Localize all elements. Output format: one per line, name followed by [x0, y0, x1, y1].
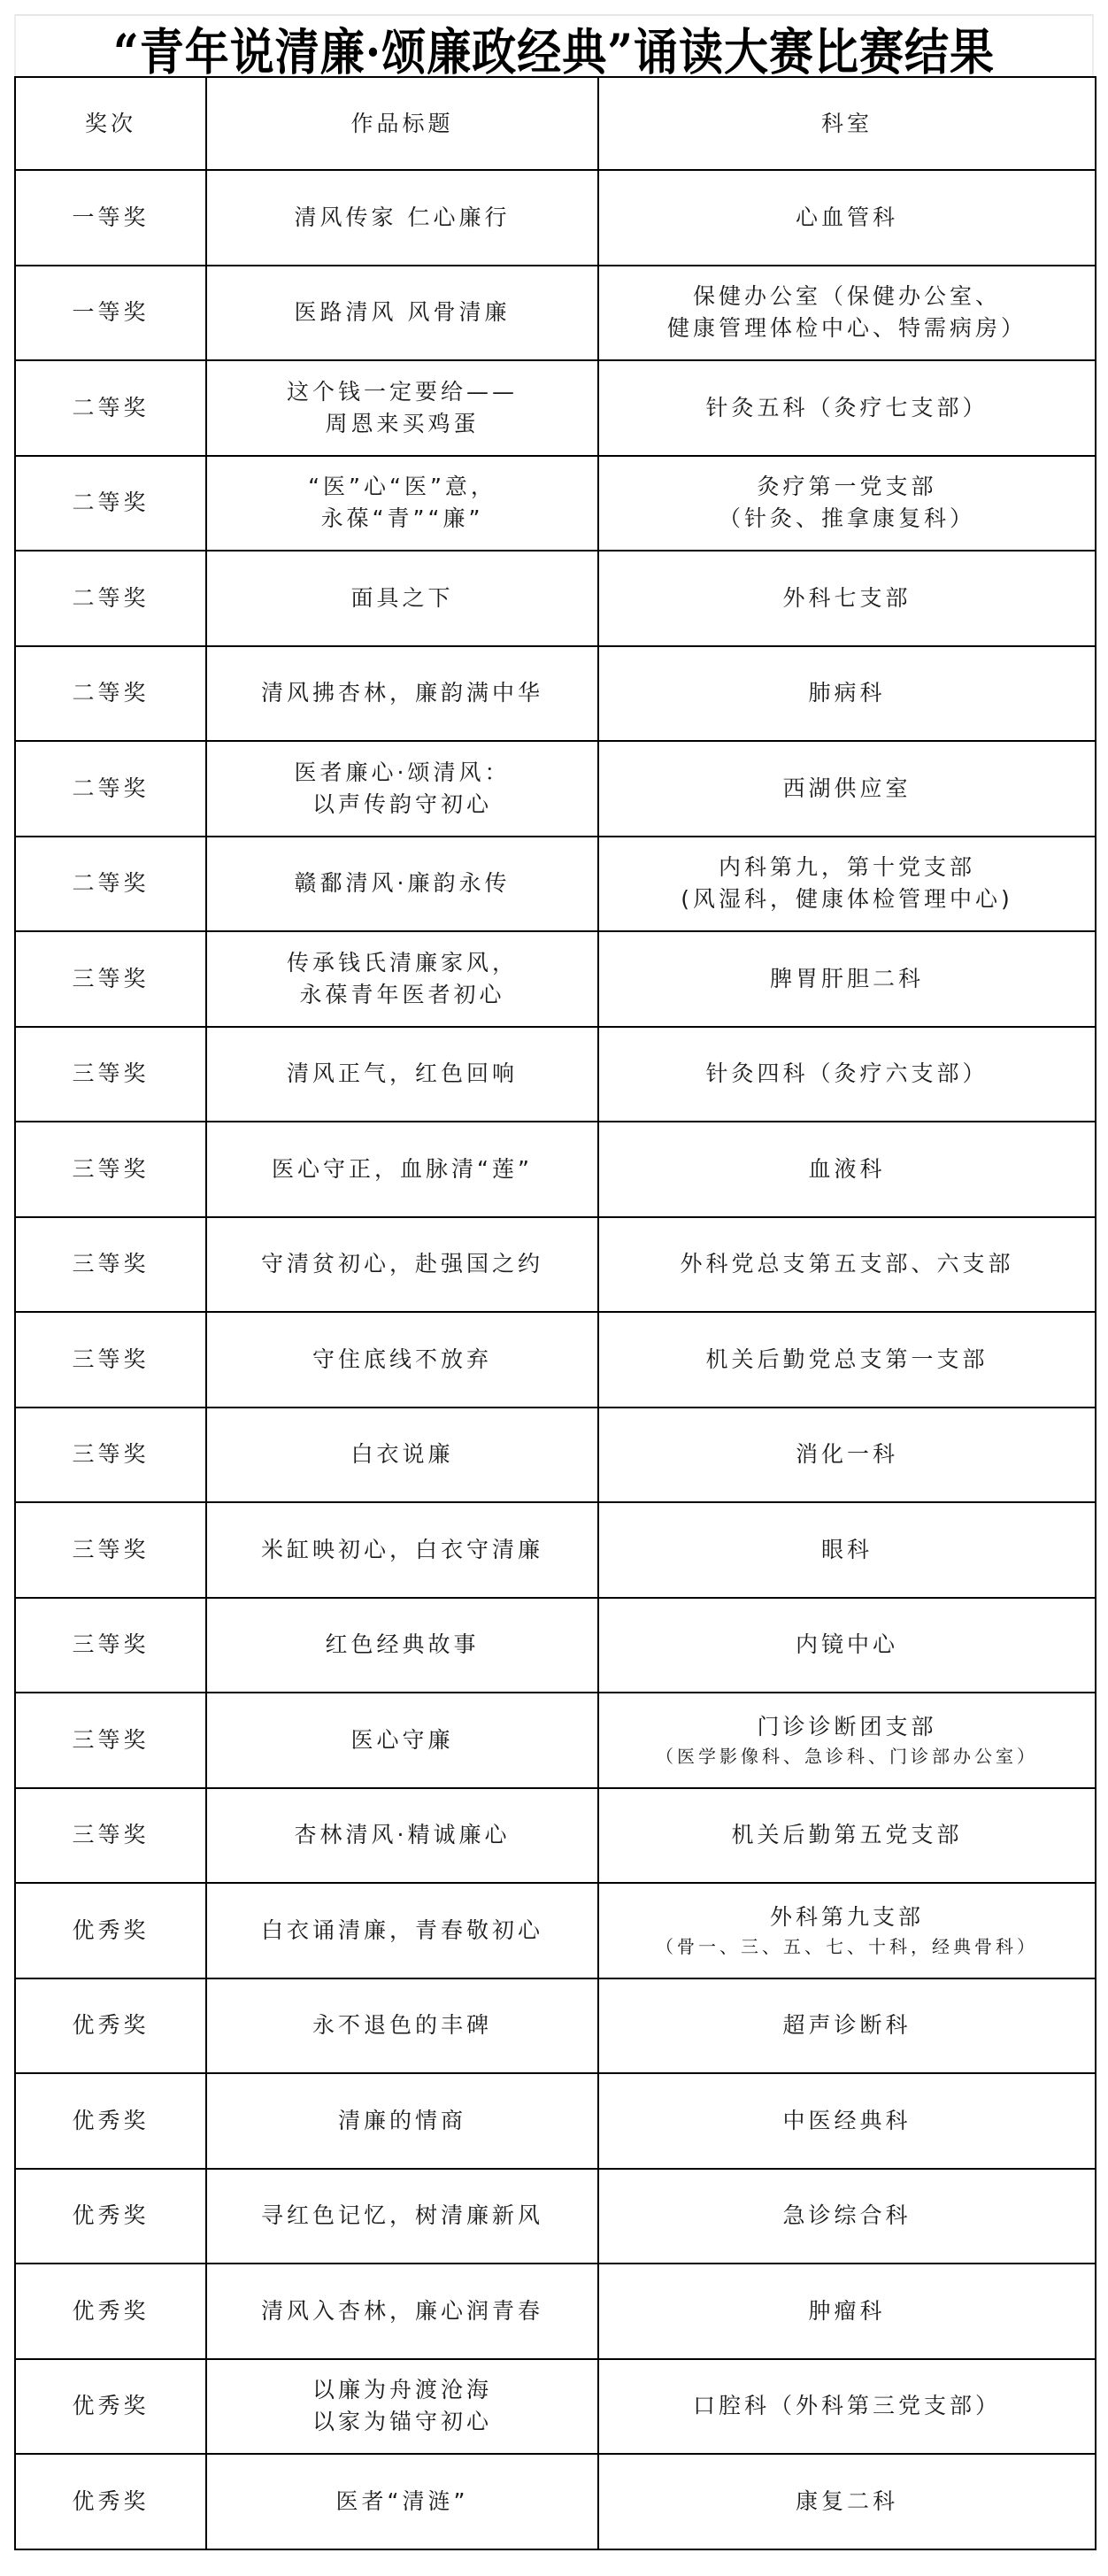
award-cell: 三等奖 [15, 1217, 206, 1313]
work-title-line: 以声传韵守初心 [207, 789, 597, 821]
department-cell: 外科七支部 [598, 551, 1096, 646]
work-title-line: 永不退色的丰碑 [207, 2009, 597, 2041]
work-title-line: 医者“清涟” [207, 2486, 597, 2518]
department-line: 内镜中心 [599, 1629, 1095, 1661]
award-cell: 二等奖 [15, 646, 206, 742]
work-title-cell: 清风传家 仁心廉行 [206, 170, 598, 266]
award-cell: 三等奖 [15, 1693, 206, 1788]
work-title-line: 白衣诵清廉，青春敬初心 [207, 1915, 597, 1947]
department-line: 外科党总支第五支部、六支部 [599, 1248, 1095, 1280]
table-row: 三等奖杏林清风·精诚廉心机关后勤第五党支部 [15, 1788, 1096, 1884]
table-row: 优秀奖以廉为舟渡沧海以家为锚守初心口腔科（外科第三党支部） [15, 2359, 1096, 2455]
department-line: 门诊诊断团支部 [599, 1711, 1095, 1743]
department-cell: 血液科 [598, 1122, 1096, 1217]
department-cell: 肿瘤科 [598, 2264, 1096, 2359]
work-title-line: 周恩来买鸡蛋 [207, 408, 597, 440]
department-cell: 灸疗第一党支部（针灸、推拿康复科） [598, 456, 1096, 551]
award-cell: 二等奖 [15, 837, 206, 932]
table-row: 三等奖守清贫初心，赴强国之约外科党总支第五支部、六支部 [15, 1217, 1096, 1313]
table-row: 优秀奖白衣诵清廉，青春敬初心外科第九支部（骨一、三、五、七、十科，经典骨科） [15, 1883, 1096, 1978]
table-row: 二等奖清风拂杏林，廉韵满中华肺病科 [15, 646, 1096, 742]
work-title-cell: 医者廉心·颂清风：以声传韵守初心 [206, 741, 598, 837]
header-title: 作品标题 [206, 77, 598, 170]
department-cell: 急诊综合科 [598, 2169, 1096, 2264]
department-subline: （医学影像科、急诊科、门诊部办公室） [599, 1743, 1095, 1770]
award-cell: 二等奖 [15, 456, 206, 551]
department-cell: 保健办公室（保健办公室、健康管理体检中心、特需病房） [598, 266, 1096, 361]
department-line: 血液科 [599, 1153, 1095, 1185]
department-cell: 西湖供应室 [598, 741, 1096, 837]
work-title-cell: 白衣说廉 [206, 1408, 598, 1503]
work-title-cell: 杏林清风·精诚廉心 [206, 1788, 598, 1884]
award-cell: 三等奖 [15, 1312, 206, 1408]
work-title-line: 以家为锚守初心 [207, 2406, 597, 2438]
work-title-line: 永葆青年医者初心 [207, 979, 597, 1011]
work-title-line: 红色经典故事 [207, 1629, 597, 1661]
work-title-line: 赣鄱清风·廉韵永传 [207, 868, 597, 899]
table-row: 优秀奖清廉的情商中医经典科 [15, 2073, 1096, 2169]
work-title-line: 白衣说廉 [207, 1438, 597, 1470]
department-line: 肺病科 [599, 677, 1095, 709]
table-row: 优秀奖清风入杏林，廉心润青春肿瘤科 [15, 2264, 1096, 2359]
department-line: (风湿科，健康体检管理中心) [599, 883, 1095, 915]
department-line: （针灸、推拿康复科） [599, 503, 1095, 535]
work-title-cell: 医心守廉 [206, 1693, 598, 1788]
work-title-cell: 赣鄱清风·廉韵永传 [206, 837, 598, 932]
work-title-line: 守住底线不放弃 [207, 1344, 597, 1376]
work-title-line: 传承钱氏清廉家风， [207, 947, 597, 979]
work-title-line: 杏林清风·精诚廉心 [207, 1819, 597, 1851]
title-box: “青年说清廉·颂廉政经典”诵读大赛比赛结果 [14, 14, 1094, 77]
work-title-line: 医心守廉 [207, 1724, 597, 1756]
award-cell: 优秀奖 [15, 2169, 206, 2264]
table-row: 优秀奖永不退色的丰碑超声诊断科 [15, 1978, 1096, 2074]
work-title-line: 守清贫初心，赴强国之约 [207, 1248, 597, 1280]
department-cell: 针灸四科（灸疗六支部） [598, 1027, 1096, 1122]
department-line: 灸疗第一党支部 [599, 471, 1095, 503]
department-cell: 外科党总支第五支部、六支部 [598, 1217, 1096, 1313]
work-title-cell: 医路清风 风骨清廉 [206, 266, 598, 361]
department-line: 机关后勤党总支第一支部 [599, 1344, 1095, 1376]
work-title-cell: 这个钱一定要给——周恩来买鸡蛋 [206, 360, 598, 456]
work-title-line: 清廉的情商 [207, 2105, 597, 2137]
work-title-line: 面具之下 [207, 582, 597, 614]
department-line: 针灸四科（灸疗六支部） [599, 1058, 1095, 1090]
work-title-cell: 以廉为舟渡沧海以家为锚守初心 [206, 2359, 598, 2455]
department-line: 保健办公室（保健办公室、 [599, 281, 1095, 312]
work-title-cell: 守清贫初心，赴强国之约 [206, 1217, 598, 1313]
department-line: 外科七支部 [599, 582, 1095, 614]
work-title-line: 清风传家 仁心廉行 [207, 202, 597, 234]
award-cell: 优秀奖 [15, 2454, 206, 2549]
department-cell: 消化一科 [598, 1408, 1096, 1503]
award-cell: 三等奖 [15, 1408, 206, 1503]
header-dept: 科室 [598, 77, 1096, 170]
table-row: 三等奖米缸映初心，白衣守清廉眼科 [15, 1502, 1096, 1598]
department-cell: 机关后勤第五党支部 [598, 1788, 1096, 1884]
table-row: 三等奖传承钱氏清廉家风，永葆青年医者初心脾胃肝胆二科 [15, 931, 1096, 1027]
award-cell: 三等奖 [15, 1027, 206, 1122]
table-body: 一等奖清风传家 仁心廉行心血管科一等奖医路清风 风骨清廉保健办公室（保健办公室、… [15, 170, 1096, 2549]
work-title-line: 医路清风 风骨清廉 [207, 297, 597, 328]
work-title-cell: 白衣诵清廉，青春敬初心 [206, 1883, 598, 1978]
department-cell: 心血管科 [598, 170, 1096, 266]
table-row: 一等奖清风传家 仁心廉行心血管科 [15, 170, 1096, 266]
department-subline: （骨一、三、五、七、十科，经典骨科） [599, 1933, 1095, 1960]
work-title-line: 清风拂杏林，廉韵满中华 [207, 677, 597, 709]
department-line: 西湖供应室 [599, 773, 1095, 805]
table-row: 二等奖“医”心“医”意，永葆“青”“廉”灸疗第一党支部（针灸、推拿康复科） [15, 456, 1096, 551]
department-cell: 眼科 [598, 1502, 1096, 1598]
table-row: 三等奖红色经典故事内镜中心 [15, 1598, 1096, 1693]
table-row: 三等奖清风正气，红色回响针灸四科（灸疗六支部） [15, 1027, 1096, 1122]
award-cell: 三等奖 [15, 1598, 206, 1693]
table-row: 三等奖医心守廉门诊诊断团支部（医学影像科、急诊科、门诊部办公室） [15, 1693, 1096, 1788]
department-cell: 康复二科 [598, 2454, 1096, 2549]
results-table: 奖次 作品标题 科室 一等奖清风传家 仁心廉行心血管科一等奖医路清风 风骨清廉保… [14, 76, 1096, 2550]
work-title-cell: 清风入杏林，廉心润青春 [206, 2264, 598, 2359]
work-title-line: 医心守正，血脉清“莲” [207, 1153, 597, 1185]
award-cell: 优秀奖 [15, 2264, 206, 2359]
award-cell: 一等奖 [15, 170, 206, 266]
work-title-cell: 守住底线不放弃 [206, 1312, 598, 1408]
award-cell: 二等奖 [15, 551, 206, 646]
award-cell: 一等奖 [15, 266, 206, 361]
work-title-line: 这个钱一定要给—— [207, 376, 597, 408]
work-title-cell: 医心守正，血脉清“莲” [206, 1122, 598, 1217]
work-title-cell: 清廉的情商 [206, 2073, 598, 2169]
work-title-line: 以廉为舟渡沧海 [207, 2374, 597, 2406]
work-title-cell: 清风正气，红色回响 [206, 1027, 598, 1122]
table-row: 三等奖守住底线不放弃机关后勤党总支第一支部 [15, 1312, 1096, 1408]
department-cell: 内科第九，第十党支部(风湿科，健康体检管理中心) [598, 837, 1096, 932]
work-title-cell: 传承钱氏清廉家风，永葆青年医者初心 [206, 931, 598, 1027]
award-cell: 优秀奖 [15, 1883, 206, 1978]
work-title-cell: 医者“清涟” [206, 2454, 598, 2549]
department-line: 眼科 [599, 1534, 1095, 1566]
award-cell: 二等奖 [15, 360, 206, 456]
department-line: 心血管科 [599, 202, 1095, 234]
work-title-line: 米缸映初心，白衣守清廉 [207, 1534, 597, 1566]
department-cell: 中医经典科 [598, 2073, 1096, 2169]
award-cell: 三等奖 [15, 1502, 206, 1598]
department-cell: 外科第九支部（骨一、三、五、七、十科，经典骨科） [598, 1883, 1096, 1978]
department-line: 中医经典科 [599, 2105, 1095, 2137]
department-cell: 内镜中心 [598, 1598, 1096, 1693]
award-cell: 优秀奖 [15, 2359, 206, 2455]
department-cell: 肺病科 [598, 646, 1096, 742]
department-line: 超声诊断科 [599, 2009, 1095, 2041]
award-cell: 优秀奖 [15, 1978, 206, 2074]
work-title-line: 清风正气，红色回响 [207, 1058, 597, 1090]
department-line: 消化一科 [599, 1438, 1095, 1470]
table-row: 一等奖医路清风 风骨清廉保健办公室（保健办公室、健康管理体检中心、特需病房） [15, 266, 1096, 361]
work-title-cell: 清风拂杏林，廉韵满中华 [206, 646, 598, 742]
table-row: 二等奖这个钱一定要给——周恩来买鸡蛋针灸五科（灸疗七支部） [15, 360, 1096, 456]
table-row: 二等奖赣鄱清风·廉韵永传内科第九，第十党支部(风湿科，健康体检管理中心) [15, 837, 1096, 932]
work-title-cell: 永不退色的丰碑 [206, 1978, 598, 2074]
page-title: “青年说清廉·颂廉政经典”诵读大赛比赛结果 [113, 12, 995, 84]
award-cell: 二等奖 [15, 741, 206, 837]
table-row: 二等奖医者廉心·颂清风：以声传韵守初心西湖供应室 [15, 741, 1096, 837]
work-title-line: “医”心“医”意， [207, 471, 597, 503]
award-cell: 优秀奖 [15, 2073, 206, 2169]
work-title-cell: 米缸映初心，白衣守清廉 [206, 1502, 598, 1598]
department-line: 机关后勤第五党支部 [599, 1819, 1095, 1851]
department-line: 针灸五科（灸疗七支部） [599, 392, 1095, 424]
department-cell: 机关后勤党总支第一支部 [598, 1312, 1096, 1408]
department-cell: 超声诊断科 [598, 1978, 1096, 2074]
award-cell: 三等奖 [15, 1788, 206, 1884]
work-title-line: 永葆“青”“廉” [207, 503, 597, 535]
table-row: 优秀奖医者“清涟”康复二科 [15, 2454, 1096, 2549]
department-cell: 脾胃肝胆二科 [598, 931, 1096, 1027]
department-cell: 针灸五科（灸疗七支部） [598, 360, 1096, 456]
department-line: 口腔科（外科第三党支部） [599, 2390, 1095, 2422]
department-line: 健康管理体检中心、特需病房） [599, 312, 1095, 344]
department-line: 急诊综合科 [599, 2200, 1095, 2232]
table-row: 三等奖白衣说廉消化一科 [15, 1408, 1096, 1503]
work-title-cell: 红色经典故事 [206, 1598, 598, 1693]
department-cell: 门诊诊断团支部（医学影像科、急诊科、门诊部办公室） [598, 1693, 1096, 1788]
department-line: 外科第九支部 [599, 1901, 1095, 1933]
department-cell: 口腔科（外科第三党支部） [598, 2359, 1096, 2455]
award-cell: 三等奖 [15, 931, 206, 1027]
department-line: 康复二科 [599, 2486, 1095, 2518]
work-title-line: 医者廉心·颂清风： [207, 757, 597, 789]
table-row: 三等奖医心守正，血脉清“莲”血液科 [15, 1122, 1096, 1217]
table-header-row: 奖次 作品标题 科室 [15, 77, 1096, 170]
work-title-line: 寻红色记忆，树清廉新风 [207, 2200, 597, 2232]
department-line: 肿瘤科 [599, 2295, 1095, 2327]
work-title-line: 清风入杏林，廉心润青春 [207, 2295, 597, 2327]
work-title-cell: 寻红色记忆，树清廉新风 [206, 2169, 598, 2264]
table-row: 优秀奖寻红色记忆，树清廉新风急诊综合科 [15, 2169, 1096, 2264]
table-row: 二等奖面具之下外科七支部 [15, 551, 1096, 646]
work-title-cell: 面具之下 [206, 551, 598, 646]
header-award: 奖次 [15, 77, 206, 170]
award-cell: 三等奖 [15, 1122, 206, 1217]
department-line: 内科第九，第十党支部 [599, 852, 1095, 883]
department-line: 脾胃肝胆二科 [599, 963, 1095, 995]
work-title-cell: “医”心“医”意，永葆“青”“廉” [206, 456, 598, 551]
